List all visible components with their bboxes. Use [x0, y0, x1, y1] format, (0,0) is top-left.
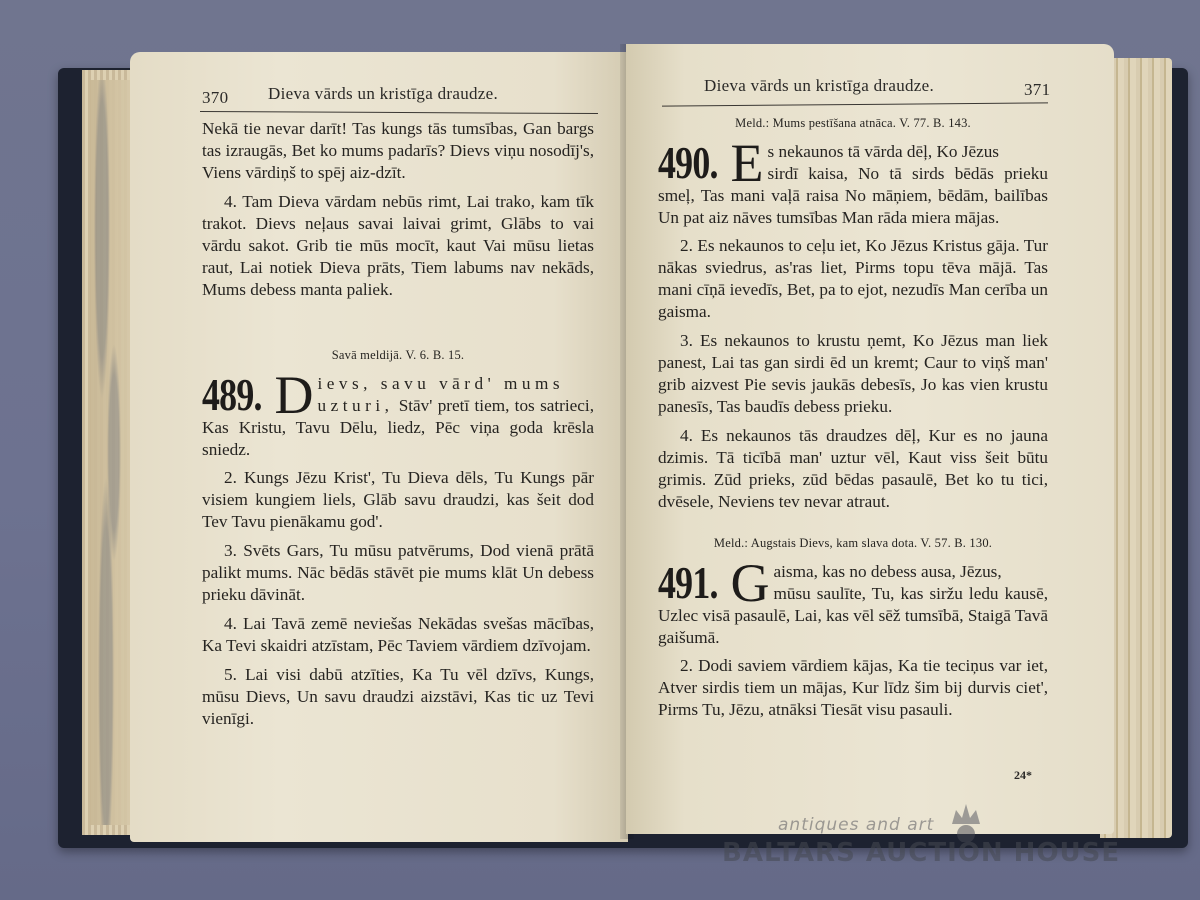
marbled-edge — [90, 80, 130, 825]
stanza-5-489: 5. Lai visi dabū atzīties, Ka Tu vēl dzī… — [202, 664, 594, 730]
left-text-block: Nekā tie nevar darīt! Tas kungs tās tums… — [202, 118, 594, 737]
continuation-stanza: Nekā tie nevar darīt! Tas kungs tās tums… — [202, 118, 594, 184]
left-running-head: Dieva vārds un kristīga draudze. — [268, 84, 498, 104]
right-running-head: Dieva vārds un kristīga draudze. — [704, 76, 934, 96]
dropcap-489: D — [275, 373, 314, 417]
melody-note-490: Meld.: Mums pestīšana atnāca. V. 77. B. … — [658, 112, 1048, 134]
stanza-2-490: 2. Es nekaunos to ceļu iet, Ko Jēzus Kri… — [658, 235, 1048, 323]
stanza-3-490: 3. Es nekaunos to krustu ņemt, Ko Jēzus … — [658, 330, 1048, 418]
first-line-490-a: s nekaunos tā vārda dēļ, Ko Jēzus — [768, 142, 1000, 161]
first-line-489-a: ievs, savu vārd' mums — [318, 374, 565, 393]
hymn-489: 489. D ievs, savu vārd' mums uzturi, Stā… — [202, 373, 594, 461]
signature-mark: 24* — [1014, 768, 1032, 783]
header-rule — [200, 111, 598, 114]
hymn-number-490: 490. — [658, 141, 718, 185]
watermark-brand: BALTARS AUCTION HOUSE — [722, 838, 1120, 868]
hymn-490: 490. E s nekaunos tā vārda dēļ, Ko Jēzus… — [658, 141, 1048, 229]
first-line-490-b: sirdī kaisa, No tā sirds bēdās — [768, 164, 994, 183]
first-line-489-b: uzturi, — [318, 396, 394, 415]
stanza-2-489: 2. Kungs Jēzu Krist', Tu Dieva dēls, Tu … — [202, 467, 594, 533]
hymn-number-489: 489. — [202, 373, 262, 417]
hymn-491: 491. G aisma, kas no debess ausa, Jēzus,… — [658, 561, 1048, 649]
first-line-491-a: aisma, kas no debess ausa, Jēzus, — [774, 562, 1002, 581]
dropcap-491: G — [731, 561, 770, 605]
first-line-491-b: mūsu saulīte, Tu, kas siržu ledu — [774, 584, 999, 603]
right-page: Dieva vārds un kristīga draudze. 371 Mel… — [626, 44, 1114, 834]
right-text-block: Meld.: Mums pestīšana atnāca. V. 77. B. … — [658, 112, 1048, 728]
left-page: 370 Dieva vārds un kristīga draudze. Nek… — [130, 52, 628, 842]
left-page-number: 370 — [202, 88, 228, 108]
stanza-3-489: 3. Svēts Gars, Tu mūsu patvērums, Dod vi… — [202, 540, 594, 606]
header-rule — [662, 102, 1048, 106]
stanza-4-489: 4. Lai Tavā zemē neviešas Nekādas svešas… — [202, 613, 594, 657]
stanza-4-prev: 4. Tam Dieva vārdam nebūs rimt, Lai trak… — [202, 191, 594, 301]
crown-icon — [948, 802, 984, 842]
watermark-tagline: antiques and art — [778, 815, 934, 835]
right-page-number: 371 — [1024, 80, 1050, 100]
hymn-number-491: 491. — [658, 561, 718, 605]
stanza-2-491: 2. Dodi saviem vārdiem kājas, Ka tie tec… — [658, 655, 1048, 721]
melody-note-489: Savā meldijā. V. 6. B. 15. — [202, 344, 594, 366]
melody-note-491: Meld.: Augstais Dievs, kam slava dota. V… — [658, 532, 1048, 554]
dropcap-490: E — [731, 141, 764, 185]
stanza-4-490: 4. Es nekaunos tās draudzes dēļ, Kur es … — [658, 425, 1048, 513]
